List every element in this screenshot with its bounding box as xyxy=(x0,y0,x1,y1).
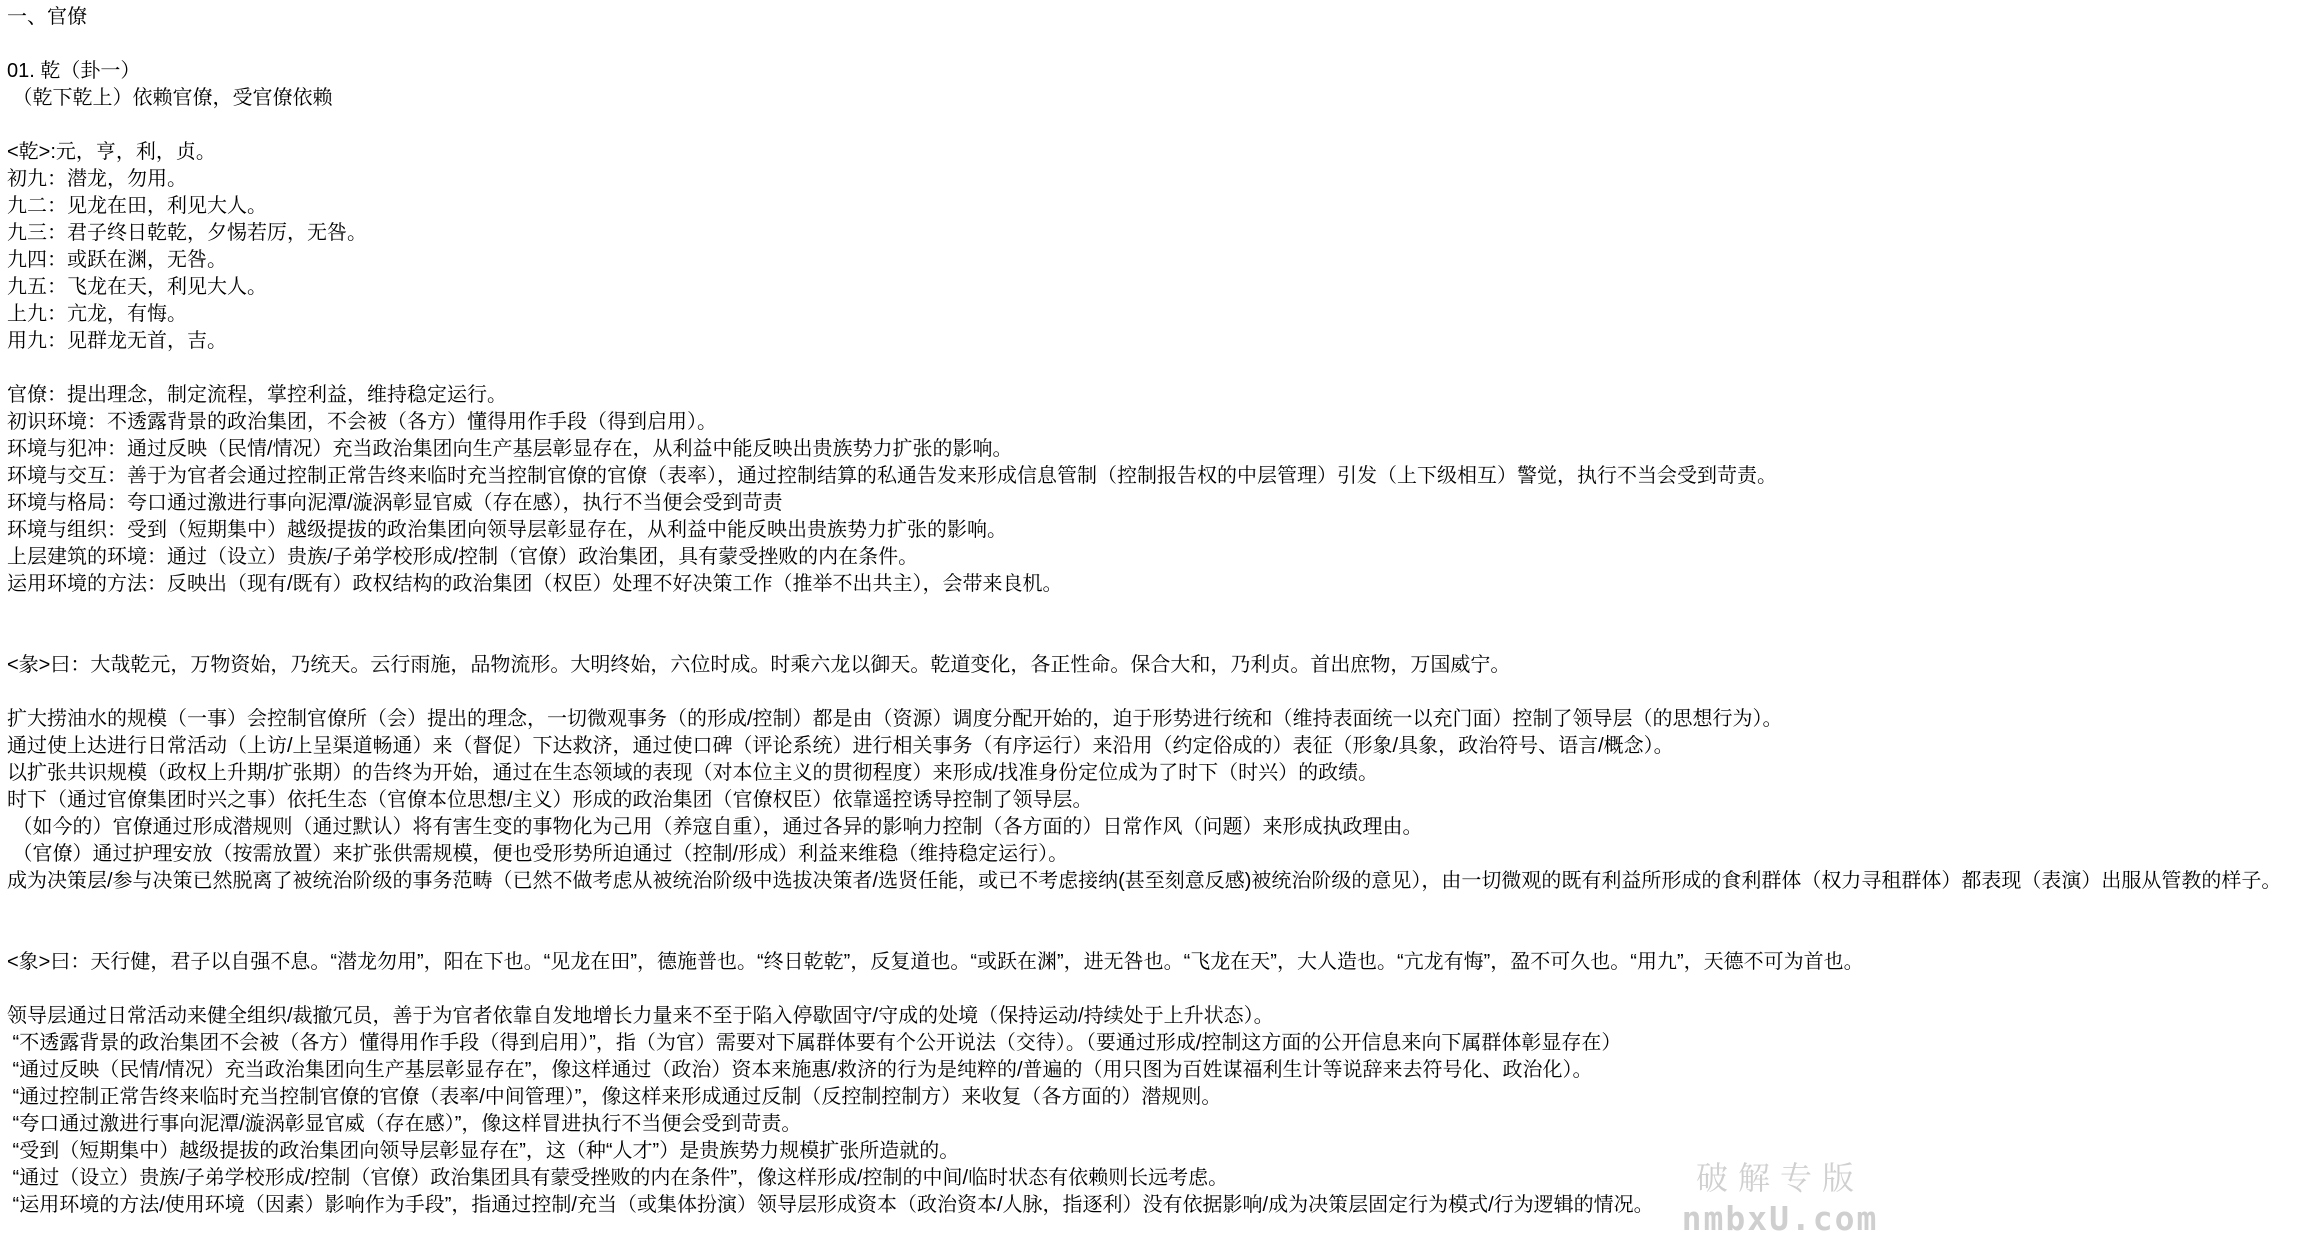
text-line: “不透露背景的政治集团不会被（各方）懂得用作手段（得到启用）”，指（为官）需要对… xyxy=(7,1030,2310,1057)
text-line: 环境与格局：夸口通过激进行事向泥潭/漩涡彰显官威（存在感），执行不当便会受到苛责 xyxy=(7,490,2310,517)
text-line: <乾>:元，亨，利，贞。 xyxy=(7,139,2310,166)
text-line: （官僚）通过护理安放（按需放置）来扩张供需规模，便也受形势所迫通过（控制/形成）… xyxy=(7,841,2310,868)
text-line: “夸口通过激进行事向泥潭/漩涡彰显官威（存在感）”，像这样冒进执行不当便会受到苛… xyxy=(7,1111,2310,1138)
text-line: 九三：君子终日乾乾，夕惕若厉，无咎。 xyxy=(7,220,2310,247)
text-line: 领导层通过日常活动来健全组织/裁撤冗员，善于为官者依靠自发地增长力量来不至于陷入… xyxy=(7,1003,2310,1030)
text-line: “运用环境的方法/使用环境（因素）影响作为手段”，指通过控制/充当（或集体扮演）… xyxy=(7,1192,2310,1219)
blank-line xyxy=(7,625,2310,652)
blank-line xyxy=(7,922,2310,949)
text-line: “通过控制正常告终来临时充当控制官僚的官僚（表率/中间管理）”，像这样来形成通过… xyxy=(7,1084,2310,1111)
text-line: 官僚：提出理念，制定流程，掌控利益，维持稳定运行。 xyxy=(7,382,2310,409)
text-line: 九四：或跃在渊，无咎。 xyxy=(7,247,2310,274)
text-line: 环境与组织：受到（短期集中）越级提拔的政治集团向领导层彰显存在，从利益中能反映出… xyxy=(7,517,2310,544)
text-line: 时下（通过官僚集团时兴之事）依托生态（官僚本位思想/主义）形成的政治集团（官僚权… xyxy=(7,787,2310,814)
text-line: 环境与交互：善于为官者会通过控制正常告终来临时充当控制官僚的官僚（表率），通过控… xyxy=(7,463,2310,490)
text-line: <象>曰：天行健，君子以自强不息。“潜龙勿用”，阳在下也。“见龙在田”，德施普也… xyxy=(7,949,2310,976)
text-line: 以扩张共识规模（政权上升期/扩张期）的告终为开始，通过在生态领域的表现（对本位主… xyxy=(7,760,2310,787)
blank-line xyxy=(7,679,2310,706)
text-line: （如今的）官僚通过形成潜规则（通过默认）将有害生变的事物化为己用（养寇自重），通… xyxy=(7,814,2310,841)
text-line: 通过使上达进行日常活动（上访/上呈渠道畅通）来（督促）下达救济，通过使口碑（评论… xyxy=(7,733,2310,760)
blank-line xyxy=(7,31,2310,58)
blank-line xyxy=(7,355,2310,382)
text-line: 上层建筑的环境：通过（设立）贵族/子弟学校形成/控制（官僚）政治集团，具有蒙受挫… xyxy=(7,544,2310,571)
blank-line xyxy=(7,112,2310,139)
blank-line xyxy=(7,598,2310,625)
section-title: 一、官僚 xyxy=(7,4,2310,31)
blank-line xyxy=(7,976,2310,1003)
text-line: 用九：见群龙无首，吉。 xyxy=(7,328,2310,355)
text-line: “通过（设立）贵族/子弟学校形成/控制（官僚）政治集团具有蒙受挫败的内在条件”，… xyxy=(7,1165,2310,1192)
blank-line xyxy=(7,895,2310,922)
text-line: 初识环境：不透露背景的政治集团，不会被（各方）懂得用作手段（得到启用）。 xyxy=(7,409,2310,436)
text-line: 九五：飞龙在天，利见大人。 xyxy=(7,274,2310,301)
text-line: “受到（短期集中）越级提拔的政治集团向领导层彰显存在”，这（种“人才”）是贵族势… xyxy=(7,1138,2310,1165)
text-line: 01. 乾（卦一） xyxy=(7,58,2310,85)
text-line: 成为决策层/参与决策已然脱离了被统治阶级的事务范畴（已然不做考虑从被统治阶级中选… xyxy=(7,868,2310,895)
text-line: “通过反映（民情/情况）充当政治集团向生产基层彰显存在”，像这样通过（政治）资本… xyxy=(7,1057,2310,1084)
text-line: <彖>曰：大哉乾元，万物资始，乃统天。云行雨施，品物流形。大明终始，六位时成。时… xyxy=(7,652,2310,679)
text-line: 初九：潜龙，勿用。 xyxy=(7,166,2310,193)
text-line: 环境与犯冲：通过反映（民情/情况）充当政治集团向生产基层彰显存在，从利益中能反映… xyxy=(7,436,2310,463)
text-line: 扩大捞油水的规模（一事）会控制官僚所（会）提出的理念，一切微观事务（的形成/控制… xyxy=(7,706,2310,733)
text-line: 运用环境的方法：反映出（现有/既有）政权结构的政治集团（权臣）处理不好决策工作（… xyxy=(7,571,2310,598)
text-line: 上九：亢龙，有悔。 xyxy=(7,301,2310,328)
text-line: （乾下乾上）依赖官僚，受官僚依赖 xyxy=(7,85,2310,112)
text-line: 九二：见龙在田，利见大人。 xyxy=(7,193,2310,220)
document-body: 一、官僚01. 乾（卦一） （乾下乾上）依赖官僚，受官僚依赖<乾>:元，亨，利，… xyxy=(0,0,2310,1219)
